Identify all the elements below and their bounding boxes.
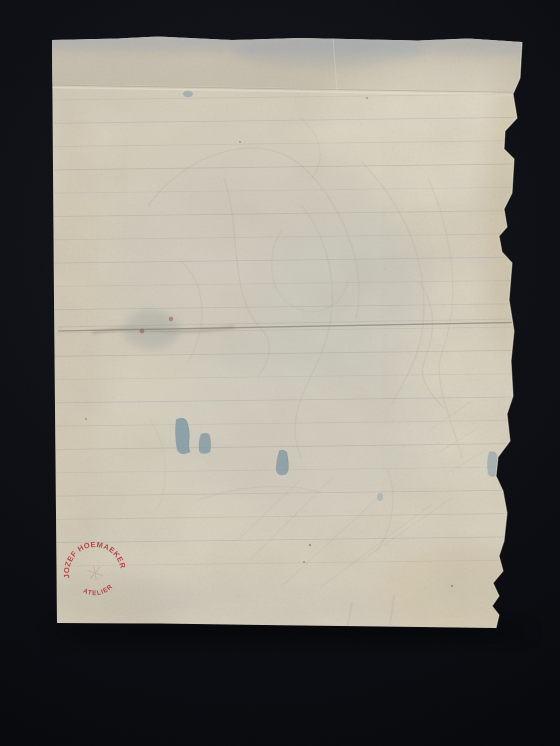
photo-grain [0,0,560,746]
photo-background: JOZEF HOEMAEKER ATELIER [0,0,560,746]
paper-photo: JOZEF HOEMAEKER ATELIER [0,0,560,746]
